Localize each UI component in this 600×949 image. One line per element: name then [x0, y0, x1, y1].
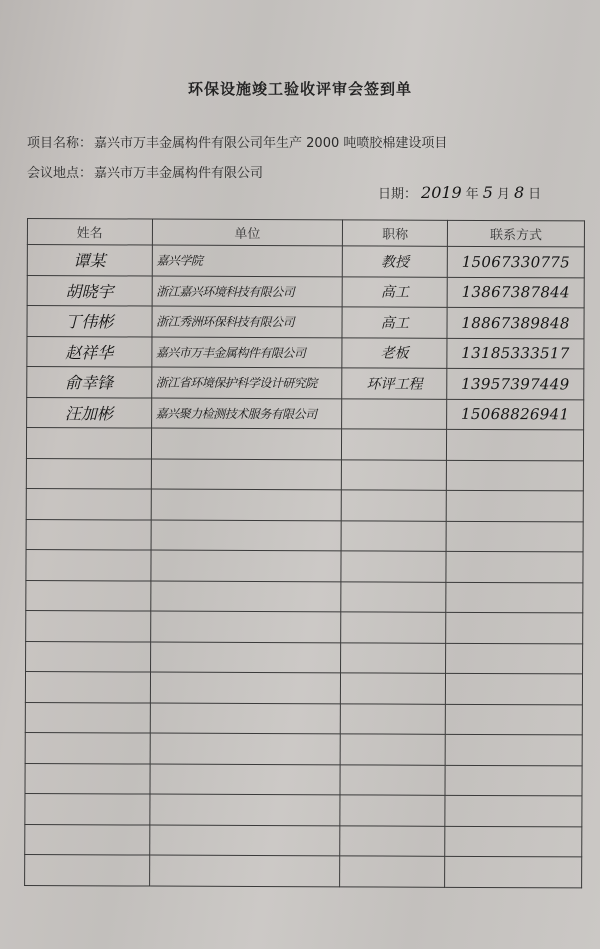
table-row	[26, 549, 583, 582]
signature-name	[26, 641, 151, 672]
header-title: 职称	[343, 220, 448, 246]
signature-name	[25, 793, 150, 824]
signature-contact	[446, 551, 583, 582]
signature-title	[341, 703, 446, 734]
signature-name	[26, 488, 151, 519]
signature-title	[340, 734, 445, 765]
signature-contact: 13185333517	[447, 338, 584, 369]
signature-title	[341, 673, 446, 704]
table-row: 丁伟彬浙江秀洲环保科技有限公司高工18867389848	[27, 306, 584, 339]
table-row	[25, 702, 582, 735]
table-row	[26, 458, 583, 491]
signature-contact	[446, 612, 583, 643]
signature-name	[26, 428, 151, 459]
signature-title: 高工	[342, 307, 447, 338]
date-label: 日期：	[378, 187, 417, 202]
signature-unit	[150, 703, 341, 734]
signature-contact	[446, 521, 583, 552]
signature-title	[342, 459, 447, 490]
signature-title	[341, 520, 446, 551]
table-header-row: 姓名 单位 职称 联系方式	[27, 219, 584, 247]
table-row	[25, 763, 582, 796]
signature-contact	[447, 429, 584, 460]
signature-contact	[445, 673, 582, 704]
signature-unit: 浙江省环境保护科学设计研究院	[151, 367, 342, 398]
document-title: 环保设施竣工验收评审会签到单	[0, 78, 600, 99]
signature-unit: 嘉兴市万丰金属构件有限公司	[151, 337, 342, 368]
date-year: 2019	[421, 183, 462, 202]
signature-title	[340, 764, 445, 795]
date-month: 5	[483, 183, 493, 202]
signature-contact: 13867387844	[447, 277, 584, 308]
signature-unit	[150, 611, 341, 642]
meeting-venue-line: 会议地点：嘉兴市万丰金属构件有限公司	[27, 162, 263, 181]
signature-unit	[151, 459, 342, 490]
date-month-unit: 月	[497, 187, 510, 202]
signature-name	[26, 610, 151, 641]
signature-contact	[445, 856, 582, 887]
table-row	[26, 488, 583, 521]
signature-name	[26, 519, 151, 550]
signature-name	[25, 732, 150, 763]
signature-title	[341, 581, 446, 612]
signature-name	[26, 549, 151, 580]
signature-contact	[445, 795, 582, 826]
date-year-unit: 年	[466, 187, 479, 202]
table-row: 俞幸锋浙江省环境保护科学设计研究院环评工程13957397449	[27, 367, 584, 400]
meeting-venue-value: 嘉兴市万丰金属构件有限公司	[94, 166, 263, 181]
table-row	[26, 428, 583, 461]
signature-unit	[151, 489, 342, 520]
signature-title	[340, 856, 445, 887]
table-row: 胡晓宇浙江嘉兴环境科技有限公司高工13867387844	[27, 275, 584, 308]
table-row	[25, 671, 582, 704]
header-contact: 联系方式	[447, 220, 584, 247]
signature-title	[340, 825, 445, 856]
signature-title	[341, 612, 446, 643]
table-row	[26, 610, 583, 643]
signature-name: 汪加彬	[27, 397, 152, 428]
signature-contact	[445, 765, 582, 796]
signature-unit	[150, 581, 341, 612]
signature-contact	[446, 643, 583, 674]
signature-unit	[150, 672, 341, 703]
signature-name	[25, 702, 150, 733]
project-name-label: 项目名称：	[27, 136, 92, 151]
table-row	[26, 519, 583, 552]
signature-name: 俞幸锋	[27, 367, 152, 398]
signature-title	[342, 490, 447, 521]
signature-name: 胡晓宇	[27, 275, 152, 306]
signature-contact	[445, 826, 582, 857]
signature-name	[26, 458, 151, 489]
signature-contact: 18867389848	[447, 307, 584, 338]
sign-in-table: 姓名 单位 职称 联系方式 谭某嘉兴学院教授15067330775胡晓宇浙江嘉兴…	[24, 218, 585, 888]
signature-title: 教授	[343, 246, 448, 277]
project-name-line: 项目名称：嘉兴市万丰金属构件有限公司年生产 2000 吨喷胶棉建设项目	[27, 132, 447, 151]
signature-title: 高工	[342, 276, 447, 307]
signature-unit	[150, 764, 341, 795]
signature-name: 谭某	[27, 245, 152, 276]
signature-title	[341, 551, 446, 582]
signature-title	[342, 398, 447, 429]
signature-title: 老板	[342, 337, 447, 368]
table-row	[25, 793, 582, 826]
signature-name	[25, 854, 150, 885]
meeting-venue-label: 会议地点：	[27, 166, 92, 181]
signature-name	[25, 763, 150, 794]
signature-name: 赵祥华	[27, 336, 152, 367]
signature-unit	[151, 520, 342, 551]
signature-title	[340, 795, 445, 826]
signature-title	[342, 429, 447, 460]
signature-contact	[445, 734, 582, 765]
date-line: 日期：2019年5月8日	[378, 183, 541, 202]
header-name: 姓名	[27, 219, 152, 246]
signature-contact	[446, 582, 583, 613]
signature-unit: 嘉兴学院	[152, 245, 343, 276]
table-row: 汪加彬嘉兴聚力检测技术服务有限公司15068826941	[27, 397, 584, 430]
signature-unit	[150, 733, 341, 764]
signature-name: 丁伟彬	[27, 306, 152, 337]
signature-name	[25, 671, 150, 702]
table-row: 谭某嘉兴学院教授15067330775	[27, 245, 584, 278]
signature-name	[25, 824, 150, 855]
signature-unit	[150, 642, 341, 673]
signature-contact	[446, 490, 583, 521]
table-row	[25, 854, 582, 887]
signature-contact	[446, 460, 583, 491]
signature-unit	[151, 428, 342, 459]
table-row	[26, 641, 583, 674]
signature-contact	[445, 704, 582, 735]
header-unit: 单位	[152, 219, 343, 246]
signature-unit: 嘉兴聚力检测技术服务有限公司	[151, 398, 342, 429]
project-name-value: 嘉兴市万丰金属构件有限公司年生产 2000 吨喷胶棉建设项目	[94, 136, 447, 151]
signature-title: 环评工程	[342, 368, 447, 399]
table-row	[26, 580, 583, 613]
signature-title	[341, 642, 446, 673]
signature-name	[26, 580, 151, 611]
signature-unit	[149, 825, 340, 856]
signature-contact: 13957397449	[447, 368, 584, 399]
date-day: 8	[514, 183, 524, 202]
signature-contact: 15067330775	[447, 246, 584, 277]
signature-unit	[149, 855, 340, 886]
signature-unit	[150, 550, 341, 581]
table-row	[25, 824, 582, 857]
signature-unit: 浙江秀洲环保科技有限公司	[152, 306, 343, 337]
signature-contact: 15068826941	[447, 399, 584, 430]
date-day-unit: 日	[528, 187, 541, 202]
table-row	[25, 732, 582, 765]
table-row: 赵祥华嘉兴市万丰金属构件有限公司老板13185333517	[27, 336, 584, 369]
signature-unit: 浙江嘉兴环境科技有限公司	[152, 276, 343, 307]
signature-unit	[149, 794, 340, 825]
